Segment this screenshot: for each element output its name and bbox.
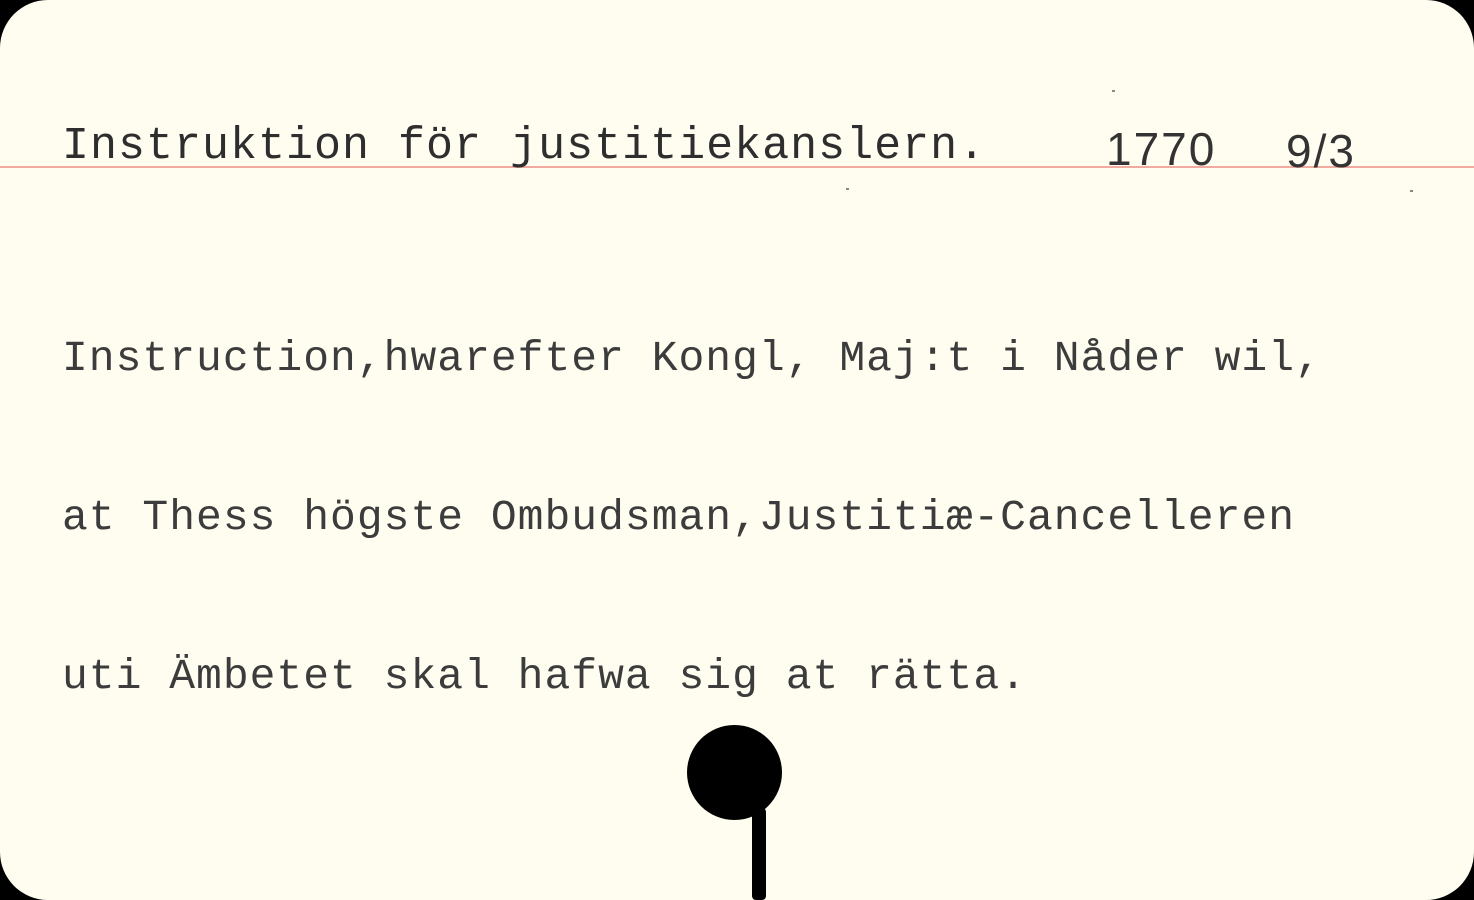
card-date: 9/3	[1286, 124, 1356, 178]
card-title: Instruktion för justitiekanslern.	[62, 122, 986, 172]
index-card: Instruktion för justitiekanslern. 1770 9…	[0, 0, 1474, 900]
punch-hole-icon	[687, 725, 782, 820]
paper-speck	[1112, 90, 1115, 92]
body-line-1: Instruction,hwarefter Kongl, Maj:t i Nåd…	[62, 332, 1322, 385]
body-line-3: uti Ämbetet skal hafwa sig at rätta.	[62, 650, 1322, 703]
body-line-2: at Thess högste Ombudsman,Justitiæ-Cance…	[62, 491, 1322, 544]
paper-speck	[1410, 190, 1413, 192]
card-year: 1770	[1106, 124, 1216, 174]
card-body: Instruction,hwarefter Kongl, Maj:t i Nåd…	[62, 226, 1322, 809]
paper-speck	[846, 188, 849, 190]
string-icon	[752, 808, 766, 900]
